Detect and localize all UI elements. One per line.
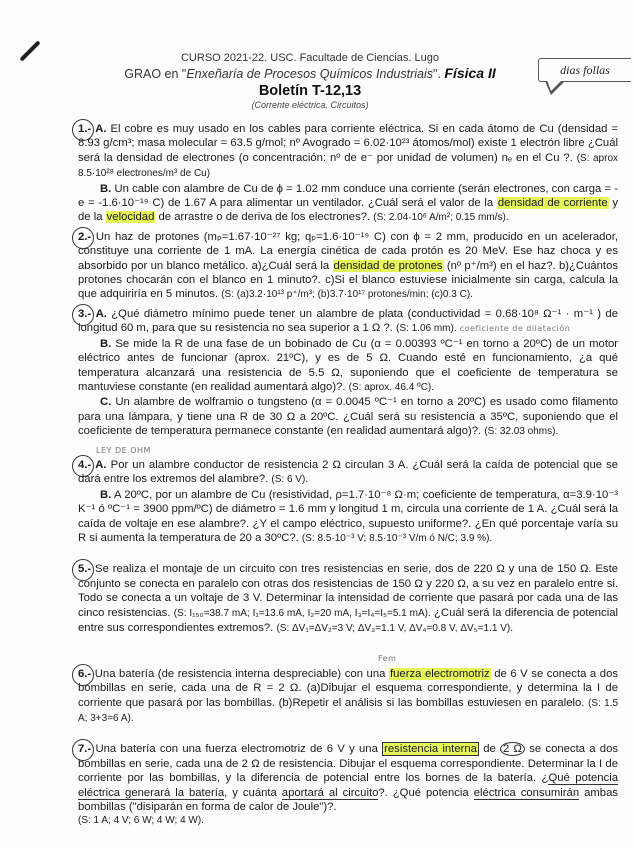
document-page: CURSO 2021-22. USC. Facultade de Ciencia… [0, 0, 633, 848]
problem-1b: B. Un cable con alambre de Cu de ϕ = 1.0… [78, 182, 618, 226]
underlined-text: aportará al circuito [282, 787, 379, 800]
problem-6: Fem 6.- Una batería (de resistencia inte… [78, 652, 618, 726]
problem-number: 5.- [78, 563, 91, 575]
solution: (S: 32.03 ohms). [484, 426, 558, 437]
problem-7: 7.- Una batería con una fuerza electromo… [78, 742, 618, 828]
problem-list: 1.- A. El cobre es muy usado en los cabl… [78, 122, 618, 833]
solution: (S: 1 A; 4 V; 6 W; 4 W; 4 W). [78, 814, 618, 828]
solution: (S: I₁₅₀=38.7 mA; I₁=13.6 mA, I₂=20 mA, … [174, 608, 431, 619]
problem-1: 1.- A. El cobre es muy usado en los cabl… [78, 122, 618, 226]
handwritten-note: coeficiente de dilatación [460, 324, 571, 333]
highlight: velocidad [106, 211, 156, 223]
bulletin-title: Boletín T-12,13 [100, 83, 520, 99]
problem-3b: B. Se mide la R de una fase de un bobina… [78, 337, 618, 396]
problem-number: 3.- [78, 308, 91, 320]
handwritten-note: LEY DE OHM [96, 444, 618, 458]
solution: (S: 1.06 mm). [396, 323, 457, 334]
solution: (S: 6 V). [271, 474, 308, 485]
highlight: densidad de protones [333, 260, 444, 272]
course-line: CURSO 2021-22. USC. Facultade de Ciencia… [100, 52, 520, 64]
document-header: CURSO 2021-22. USC. Facultade de Ciencia… [100, 52, 520, 110]
problem-4: LEY DE OHM 4.- A. Por un alambre conduct… [78, 444, 618, 547]
pen-stroke-mark [19, 40, 40, 61]
speech-bubble-note: dias follas [538, 58, 631, 82]
problem-number: 2.- [78, 231, 91, 243]
speech-bubble-tail [545, 81, 565, 95]
solution: (S: 2.04·10⁶ A/m²; 0.15 mm/s). [373, 212, 508, 223]
problem-2: 2.- Un haz de protones (mₚ=1.67·10⁻²⁷ kg… [78, 230, 618, 303]
solution: (S: aprox. 46.4 ºC). [349, 382, 434, 393]
circled-value: 2 Ω [500, 742, 525, 756]
problem-4b: B. A 20ºC, por un alambre de Cu (resisti… [78, 488, 618, 547]
underlined-text: eléctrica consumirán [474, 787, 579, 800]
problem-number: 4.- [78, 459, 91, 471]
handwritten-note: Fem [378, 652, 618, 666]
problem-3: 3.- A. ¿Qué diámetro mínimo puede tener … [78, 307, 618, 440]
highlight: densidad de corriente [497, 197, 609, 209]
problem-3c: C. Un alambre de wolframio o tungsteno (… [78, 395, 618, 439]
problem-number: 1.- [78, 123, 91, 135]
solution: (S: (a)3.2·10¹³ p⁺/m³; (b)3.7·10¹⁷ proto… [221, 289, 473, 300]
problem-number: 7.- [78, 743, 91, 755]
problem-5: 5.- Se realiza el montaje de un circuito… [78, 562, 618, 636]
degree-name: Enxeñaría de Procesos Químicos Industria… [186, 67, 433, 81]
bulletin-subtitle: (Corrente eléctrica. Circuitos) [100, 100, 520, 110]
solution: (S: ΔV₁=ΔV₂=3 V; ΔV₃=1.1 V, ΔV₄=0.8 V, Δ… [276, 623, 513, 634]
degree-line: GRAO en "Enxeñaría de Procesos Químicos … [100, 65, 520, 81]
solution: (S: 8.5·10⁻³ V; 8.5·10⁻³ V/m ó N/C; 3.9 … [302, 533, 492, 544]
subject-name: Física II [444, 65, 495, 81]
problem-number: 6.- [78, 668, 91, 680]
highlight: resistencia interna [382, 742, 479, 756]
problem-text: El cobre es muy usado en los cables para… [78, 123, 618, 164]
highlight: fuerza electromotriz [389, 668, 491, 680]
